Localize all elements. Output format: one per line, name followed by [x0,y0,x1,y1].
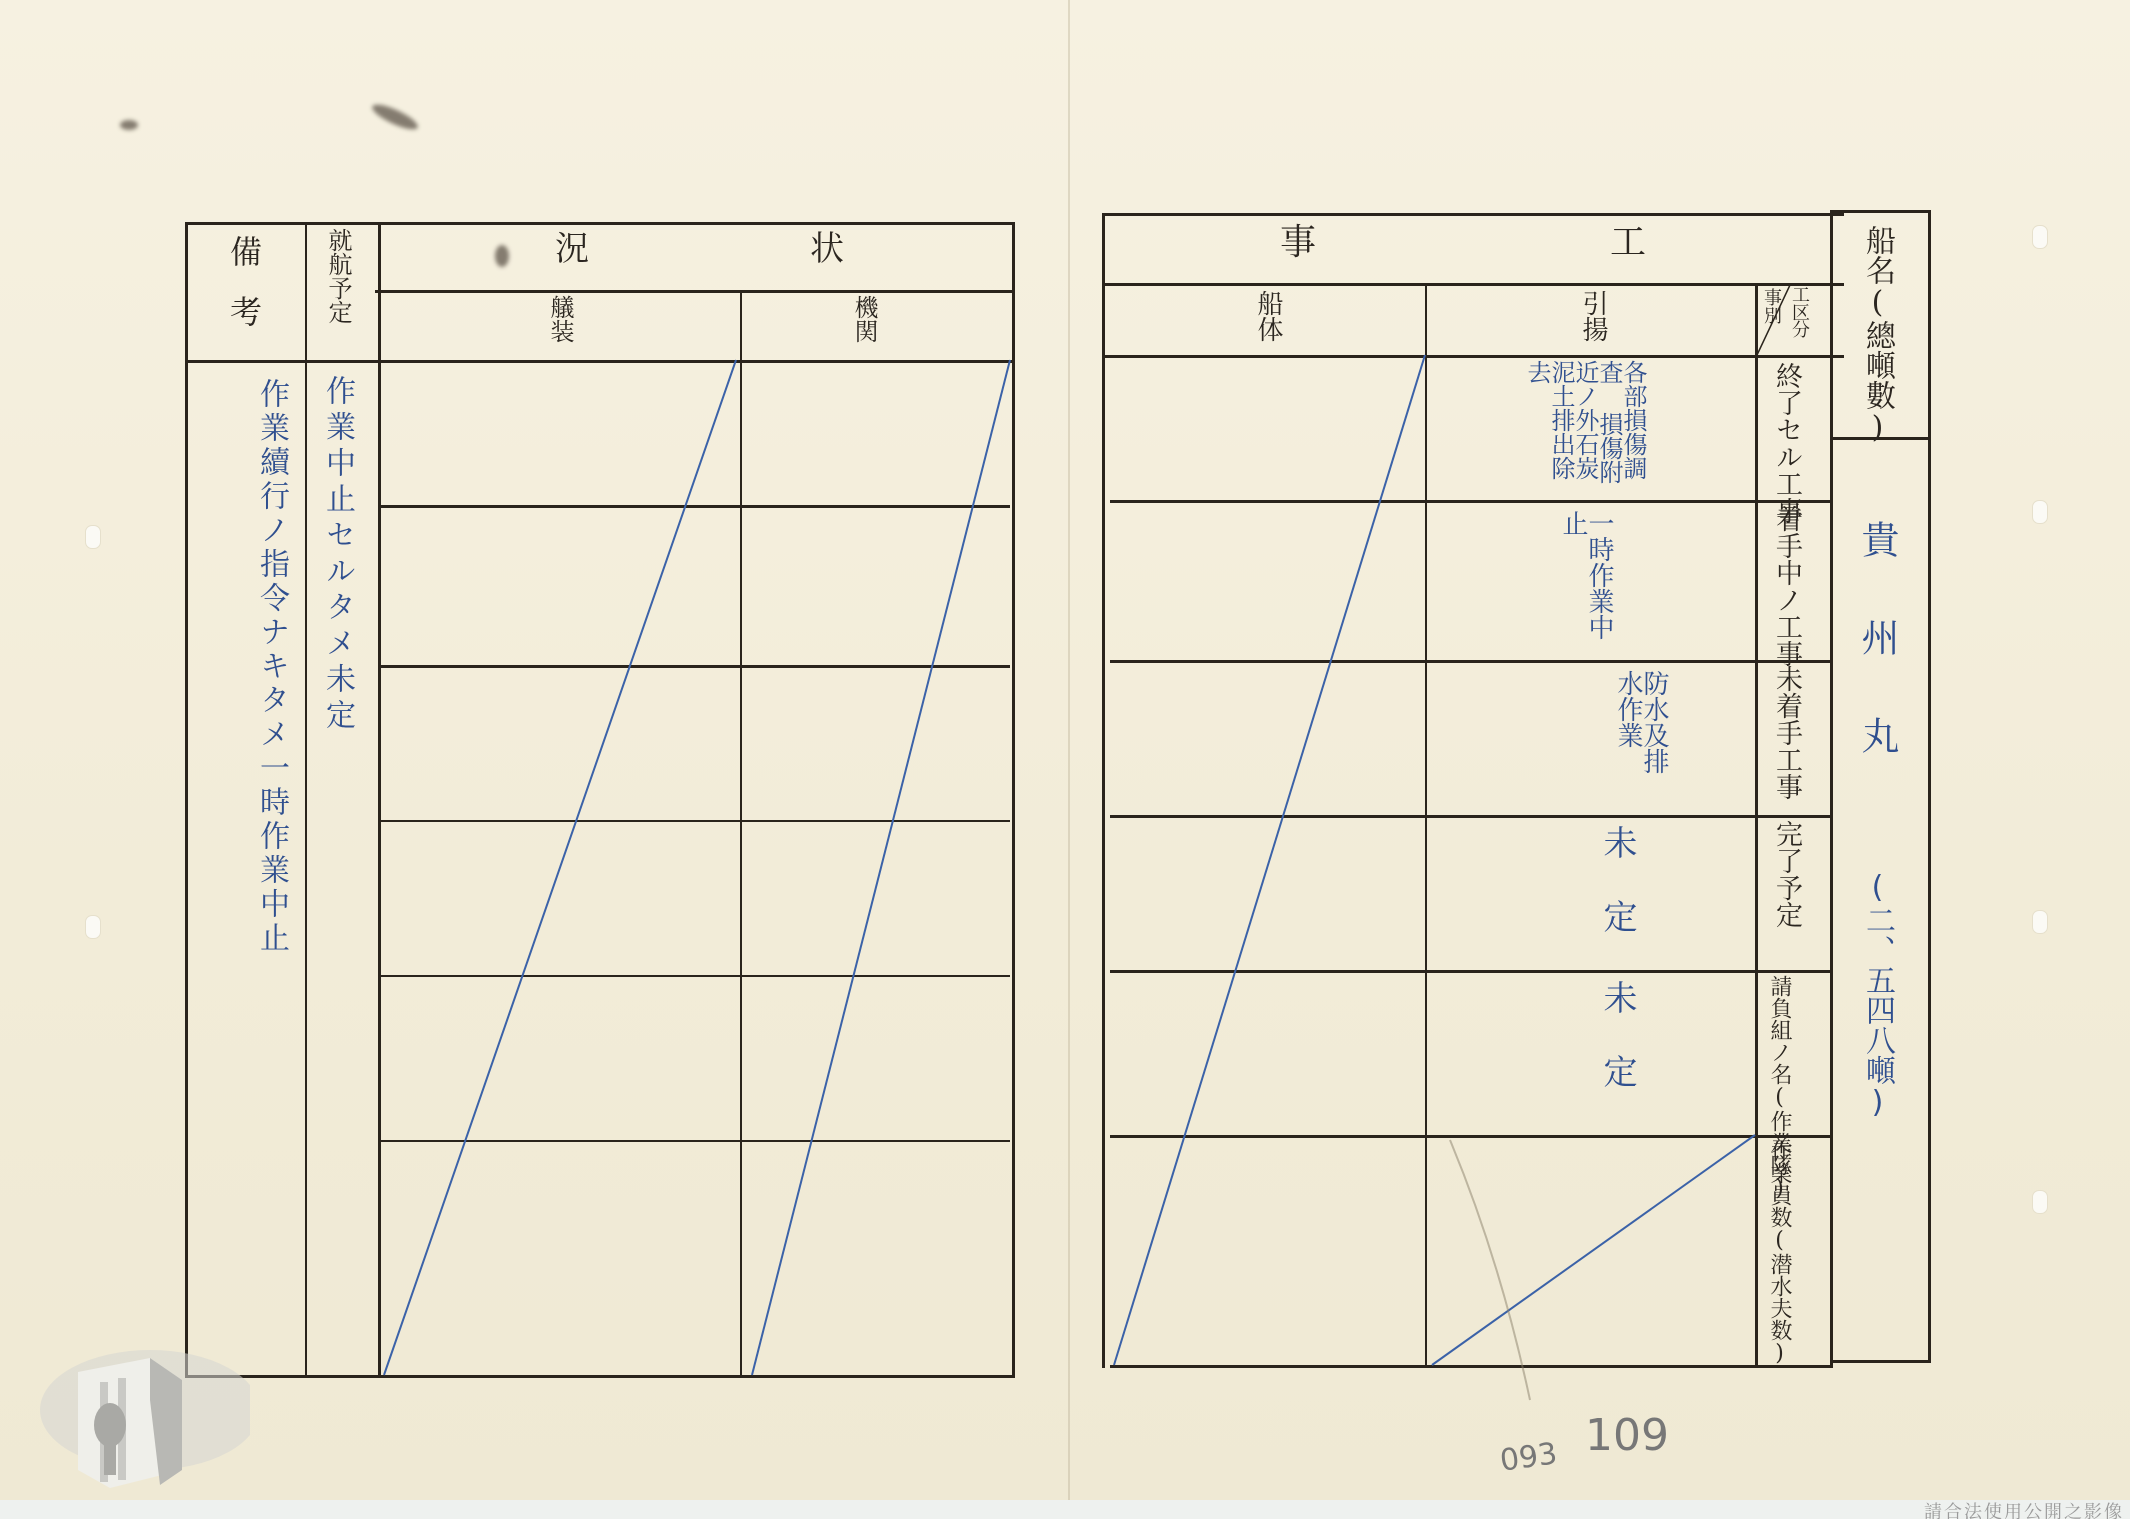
column-header-fitting: 艤装 [548,295,572,343]
row-label-not-started: 未着手工事 [1773,665,1800,800]
cell-in-progress-salvage: 一時作業中止 [1560,510,1612,650]
column-header-engine: 機関 [852,295,876,343]
column-header-hull: 船体 [1255,290,1281,342]
remarks-header: 備考 [228,235,260,355]
ink-smudge [120,120,138,130]
section-header-ji: 事 [1280,225,1316,261]
cell-completed-salvage: 各部損傷調査 損傷附近ノ外石炭泥土排出除去 [1525,360,1645,490]
column-header-salvage: 引揚 [1580,290,1606,342]
category-header-top: 工区 [1790,285,1808,321]
section-header-jou: 状 [810,232,844,266]
cell-contractor-salvage: 未定 [1600,980,1634,1128]
departure-value: 作業中止セルタメ未定 [322,375,352,735]
punch-hole [2032,225,2048,249]
usage-watermark: 請合法使用公開之影像 [1924,1498,2124,1519]
category-header-split: 分 [1790,320,1808,338]
punch-hole [85,525,101,549]
row-label-workers: 作業員数(潜水夫数) [1768,1140,1790,1366]
category-header-bottom: 事別 [1762,288,1780,324]
departure-header: 就航予定 [326,228,350,324]
archive-number-right: 109 [1585,1410,1669,1461]
punch-hole [2032,910,2048,934]
tonnage-value: (二、五四八噸) [1862,870,1892,1120]
paper-background [0,0,2130,1500]
ship-name-header: 船名(總噸數) [1862,225,1892,445]
ink-smudge [495,245,509,267]
center-fold [1068,0,1070,1500]
footer-band [0,1500,2130,1519]
archive-logo-icon [0,1320,250,1500]
row-label-work-in-progress: 着手中ノ工事 [1773,505,1800,667]
punch-hole [2032,1190,2048,1214]
row-label-completed-work: 終了セル工事 [1773,362,1800,524]
row-label-completion-schedule: 完了予定 [1773,820,1800,928]
cell-not-started-salvage: 防水及排水作業 [1615,670,1667,790]
punch-hole [85,915,101,939]
punch-hole [2032,500,2048,524]
remarks-value: 作業續行ノ指令ナキタメ一時作業中止 [256,378,286,956]
ship-name-value: 貴州丸 [1858,520,1896,814]
section-header-kou: 工 [1610,225,1646,261]
cell-schedule-salvage: 未定 [1600,825,1634,973]
section-header-kyou: 況 [555,232,589,266]
